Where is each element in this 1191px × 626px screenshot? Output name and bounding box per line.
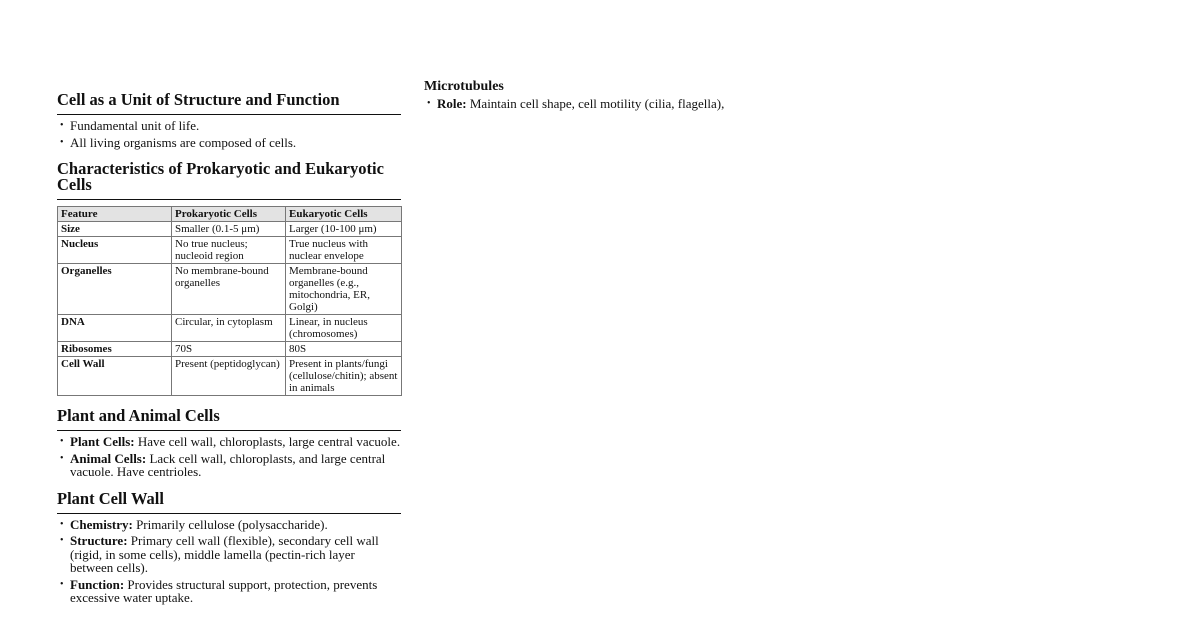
table-header-row: Feature Prokaryotic Cells Eukaryotic Cel… <box>58 207 402 222</box>
eukaryotic-cell: True nucleus with nuclear envelope <box>286 237 402 264</box>
bullet-label: Plant Cells: <box>70 434 135 449</box>
section-title: Characteristics of Prokaryotic and Eukar… <box>57 161 401 200</box>
list-item: Function: Provides structural support, p… <box>57 578 401 605</box>
section-prokaryotic-eukaryotic: Characteristics of Prokaryotic and Eukar… <box>57 161 401 396</box>
bullet-list: Role: Maintain cell shape, cell motility… <box>424 97 824 111</box>
bullet-list: Fundamental unit of life. All living org… <box>57 119 401 149</box>
bullet-label: Role: <box>437 96 467 111</box>
header-cell: Eukaryotic Cells <box>286 207 402 222</box>
list-item: Role: Maintain cell shape, cell motility… <box>424 97 824 111</box>
comparison-table: Feature Prokaryotic Cells Eukaryotic Cel… <box>57 206 402 396</box>
left-column: Cell as a Unit of Structure and Function… <box>57 92 401 617</box>
bullet-text: Primarily cellulose (polysaccharide). <box>133 517 328 532</box>
section-cell-unit: Cell as a Unit of Structure and Function… <box>57 92 401 149</box>
section-title: Plant and Animal Cells <box>57 408 401 431</box>
list-item: Plant Cells: Have cell wall, chloroplast… <box>57 435 401 449</box>
bullet-text: Maintain cell shape, cell motility (cili… <box>467 96 725 111</box>
table-row: OrganellesNo membrane-bound organellesMe… <box>58 264 402 315</box>
feature-cell: Organelles <box>58 264 172 315</box>
bullet-text: Have cell wall, chloroplasts, large cent… <box>135 434 400 449</box>
eukaryotic-cell: Present in plants/fungi (cellulose/chiti… <box>286 357 402 396</box>
eukaryotic-cell: Linear, in nucleus (chromosomes) <box>286 315 402 342</box>
list-item: All living organisms are composed of cel… <box>57 136 401 150</box>
header-cell: Feature <box>58 207 172 222</box>
section-title: Plant Cell Wall <box>57 491 401 514</box>
right-column: Microtubules Role: Maintain cell shape, … <box>424 79 824 114</box>
section-title: Cell as a Unit of Structure and Function <box>57 92 401 115</box>
table-row: SizeSmaller (0.1-5 μm)Larger (10-100 μm) <box>58 222 402 237</box>
feature-cell: Size <box>58 222 172 237</box>
feature-cell: Ribosomes <box>58 342 172 357</box>
eukaryotic-cell: Membrane-bound organelles (e.g., mitocho… <box>286 264 402 315</box>
list-item: Structure: Primary cell wall (flexible),… <box>57 534 401 575</box>
table-body: SizeSmaller (0.1-5 μm)Larger (10-100 μm)… <box>58 222 402 396</box>
feature-cell: DNA <box>58 315 172 342</box>
bullet-list: Chemistry: Primarily cellulose (polysacc… <box>57 518 401 605</box>
eukaryotic-cell: 80S <box>286 342 402 357</box>
section-plant-cell-wall: Plant Cell Wall Chemistry: Primarily cel… <box>57 491 401 605</box>
table-row: DNACircular, in cytoplasmLinear, in nucl… <box>58 315 402 342</box>
eukaryotic-cell: Larger (10-100 μm) <box>286 222 402 237</box>
section-plant-animal: Plant and Animal Cells Plant Cells: Have… <box>57 408 401 479</box>
subsection-title: Microtubules <box>424 79 824 95</box>
prokaryotic-cell: No true nucleus; nucleoid region <box>172 237 286 264</box>
list-item: Animal Cells: Lack cell wall, chloroplas… <box>57 452 401 479</box>
prokaryotic-cell: 70S <box>172 342 286 357</box>
list-item: Chemistry: Primarily cellulose (polysacc… <box>57 518 401 532</box>
header-cell: Prokaryotic Cells <box>172 207 286 222</box>
table-row: NucleusNo true nucleus; nucleoid regionT… <box>58 237 402 264</box>
list-item: Fundamental unit of life. <box>57 119 401 133</box>
bullet-label: Chemistry: <box>70 517 133 532</box>
feature-cell: Nucleus <box>58 237 172 264</box>
table-row: Cell WallPresent (peptidoglycan)Present … <box>58 357 402 396</box>
prokaryotic-cell: Smaller (0.1-5 μm) <box>172 222 286 237</box>
prokaryotic-cell: Circular, in cytoplasm <box>172 315 286 342</box>
prokaryotic-cell: No membrane-bound organelles <box>172 264 286 315</box>
feature-cell: Cell Wall <box>58 357 172 396</box>
table-row: Ribosomes70S80S <box>58 342 402 357</box>
section-microtubules: Microtubules Role: Maintain cell shape, … <box>424 79 824 111</box>
bullet-list: Plant Cells: Have cell wall, chloroplast… <box>57 435 401 479</box>
prokaryotic-cell: Present (peptidoglycan) <box>172 357 286 396</box>
